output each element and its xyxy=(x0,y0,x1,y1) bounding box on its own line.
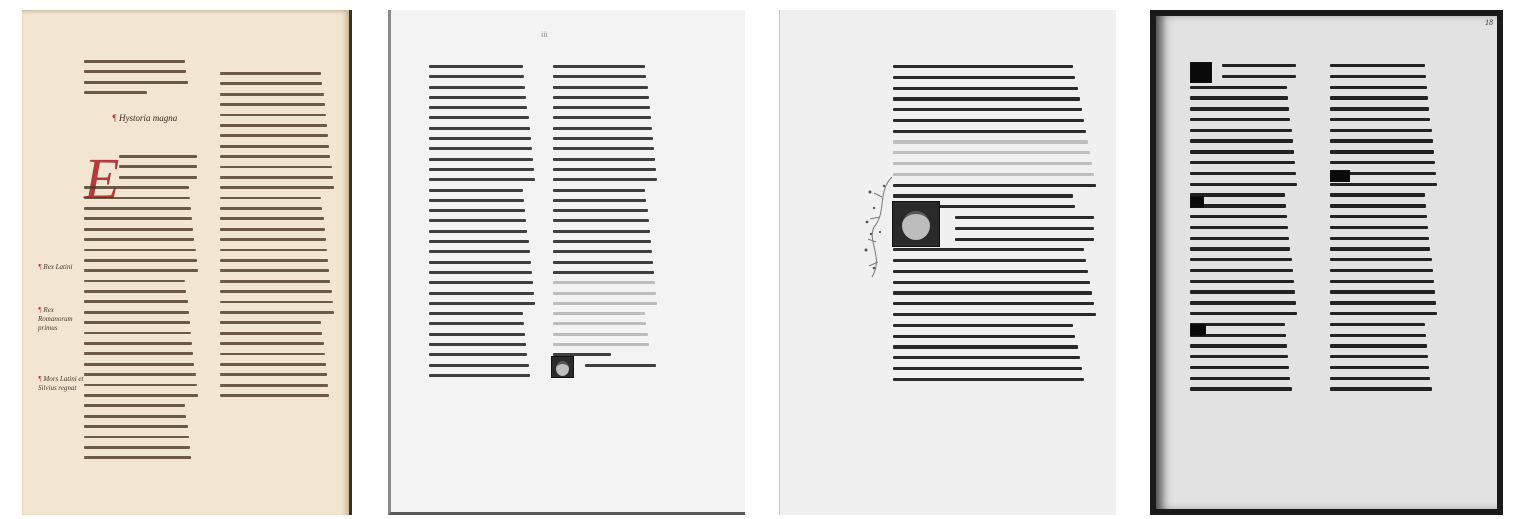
script-line xyxy=(84,436,189,439)
script-line xyxy=(1330,377,1430,380)
manuscript-image-4: 18 xyxy=(1150,10,1503,515)
script-line xyxy=(1190,226,1288,229)
script-line xyxy=(119,155,197,158)
script-line xyxy=(429,271,532,274)
margin-note-2: ¶ Rex Romanorum primus xyxy=(38,306,84,333)
script-line xyxy=(955,216,1094,219)
script-line xyxy=(893,378,1084,381)
script-line xyxy=(1330,129,1432,132)
script-line xyxy=(429,106,527,109)
script-line xyxy=(1190,204,1286,207)
script-line xyxy=(893,291,1092,294)
script-line xyxy=(553,322,646,325)
script-line xyxy=(553,230,650,233)
script-line xyxy=(220,269,329,272)
script-line xyxy=(893,270,1088,273)
script-line xyxy=(220,186,334,189)
script-line xyxy=(429,178,535,181)
script-line xyxy=(429,353,527,356)
script-line xyxy=(220,82,322,85)
script-line xyxy=(220,259,328,262)
script-line xyxy=(84,269,198,272)
script-line xyxy=(893,184,1096,187)
script-line xyxy=(84,91,147,94)
script-line xyxy=(429,292,534,295)
script-line xyxy=(585,364,656,367)
script-line xyxy=(429,333,525,336)
script-line xyxy=(893,356,1080,359)
script-line xyxy=(553,147,654,150)
floral-border-decoration xyxy=(862,172,898,282)
script-line xyxy=(84,249,196,252)
script-line xyxy=(84,404,185,407)
script-line xyxy=(1190,344,1287,347)
script-line xyxy=(84,81,188,84)
script-line xyxy=(553,158,655,161)
script-line xyxy=(220,342,324,345)
script-line xyxy=(84,352,193,355)
script-line xyxy=(429,127,530,130)
script-line xyxy=(1190,290,1295,293)
header-mark: iii xyxy=(541,30,548,39)
script-line xyxy=(893,130,1086,133)
script-line xyxy=(220,373,327,376)
script-line xyxy=(1190,258,1292,261)
script-line xyxy=(429,343,526,346)
script-line xyxy=(84,394,198,397)
script-line xyxy=(553,75,646,78)
script-line xyxy=(553,86,648,89)
script-line xyxy=(220,72,321,75)
script-line xyxy=(1222,64,1295,67)
script-line xyxy=(84,280,185,283)
manuscript-image-3 xyxy=(779,10,1116,515)
script-line xyxy=(1190,355,1288,358)
script-line xyxy=(893,367,1082,370)
script-line xyxy=(893,324,1073,327)
script-line xyxy=(429,261,531,264)
script-line xyxy=(84,311,189,314)
dark-initial-1 xyxy=(1190,62,1212,83)
script-line xyxy=(84,425,188,428)
script-line xyxy=(220,353,325,356)
script-line xyxy=(220,124,327,127)
script-line xyxy=(429,168,534,171)
script-line xyxy=(84,415,186,418)
script-line xyxy=(893,65,1073,68)
script-line xyxy=(1330,387,1432,390)
script-line xyxy=(553,178,657,181)
script-line xyxy=(1330,366,1429,369)
script-line xyxy=(1330,193,1425,196)
script-line xyxy=(429,364,529,367)
script-line xyxy=(220,384,328,387)
script-line xyxy=(1190,86,1287,89)
script-line xyxy=(220,290,332,293)
script-line xyxy=(84,70,186,73)
script-line xyxy=(893,248,1084,251)
script-line xyxy=(1190,312,1297,315)
script-line xyxy=(220,394,329,397)
script-line xyxy=(220,145,329,148)
script-line xyxy=(84,217,192,220)
text-column-right xyxy=(220,72,335,405)
script-line xyxy=(429,116,529,119)
script-line xyxy=(893,259,1086,262)
script-line xyxy=(84,300,188,303)
script-line xyxy=(220,166,332,169)
text-column-left-body xyxy=(84,155,199,467)
script-line xyxy=(220,207,322,210)
script-line xyxy=(1330,215,1427,218)
script-line xyxy=(1190,280,1294,283)
script-line xyxy=(553,137,653,140)
script-line xyxy=(84,290,186,293)
text-column-right xyxy=(1330,64,1438,398)
script-line xyxy=(84,363,194,366)
script-line xyxy=(553,302,657,305)
script-line xyxy=(429,189,523,192)
script-line xyxy=(429,219,526,222)
text-column-left xyxy=(84,60,199,102)
script-line xyxy=(220,155,330,158)
script-line xyxy=(429,374,530,377)
script-line xyxy=(84,238,194,241)
script-line xyxy=(1330,237,1429,240)
script-line xyxy=(220,280,330,283)
script-line xyxy=(553,106,650,109)
script-line xyxy=(553,240,651,243)
script-line xyxy=(84,60,185,63)
script-line xyxy=(429,230,527,233)
script-line xyxy=(119,176,197,179)
script-line xyxy=(553,189,645,192)
script-line xyxy=(220,93,324,96)
script-line xyxy=(1190,172,1296,175)
script-line xyxy=(84,373,196,376)
script-line xyxy=(1190,96,1288,99)
folio-number: 18 xyxy=(1485,18,1493,27)
script-line xyxy=(1330,301,1436,304)
script-line xyxy=(220,217,324,220)
script-line xyxy=(553,250,652,253)
script-line xyxy=(1330,75,1426,78)
script-line xyxy=(1330,334,1426,337)
script-line xyxy=(429,322,524,325)
script-line xyxy=(429,147,532,150)
script-line xyxy=(955,227,1094,230)
script-line xyxy=(1190,387,1292,390)
script-line xyxy=(84,259,197,262)
script-line xyxy=(553,116,651,119)
script-line xyxy=(553,96,649,99)
script-line xyxy=(553,281,655,284)
dark-initial-2 xyxy=(1190,196,1204,208)
script-line xyxy=(1190,183,1297,186)
script-line xyxy=(84,456,191,459)
script-line xyxy=(429,312,523,315)
script-line xyxy=(1190,301,1296,304)
script-line xyxy=(1330,290,1435,293)
dark-initial-3 xyxy=(1190,324,1206,336)
script-line xyxy=(429,209,525,212)
script-line xyxy=(429,137,531,140)
script-line xyxy=(1330,280,1434,283)
script-line xyxy=(553,271,654,274)
illuminated-initial xyxy=(892,201,940,247)
script-line xyxy=(553,333,648,336)
script-line xyxy=(429,199,524,202)
script-line xyxy=(553,199,646,202)
script-line xyxy=(1330,269,1433,272)
script-line xyxy=(1330,323,1425,326)
script-line xyxy=(84,228,193,231)
script-line xyxy=(1190,377,1290,380)
script-line xyxy=(84,446,190,449)
script-line xyxy=(220,103,325,106)
script-line xyxy=(1190,247,1290,250)
script-line xyxy=(1190,139,1293,142)
script-line xyxy=(1330,107,1429,110)
script-line xyxy=(429,281,533,284)
script-line xyxy=(84,332,191,335)
script-line xyxy=(553,209,648,212)
script-line xyxy=(893,313,1096,316)
script-line xyxy=(893,140,1088,143)
script-line xyxy=(429,240,529,243)
script-line xyxy=(553,219,649,222)
script-line xyxy=(553,168,656,171)
script-line xyxy=(1190,366,1289,369)
script-line xyxy=(955,238,1094,241)
script-line xyxy=(84,321,190,324)
script-line xyxy=(1190,150,1294,153)
script-line xyxy=(1330,96,1428,99)
script-line xyxy=(1330,86,1427,89)
script-line xyxy=(220,238,326,241)
script-line xyxy=(893,108,1082,111)
script-line xyxy=(553,127,652,130)
script-line xyxy=(220,228,325,231)
script-line xyxy=(1330,312,1437,315)
script-line xyxy=(429,75,524,78)
script-line xyxy=(553,292,656,295)
script-line xyxy=(429,302,535,305)
script-line xyxy=(84,186,189,189)
script-line xyxy=(429,65,523,68)
script-line xyxy=(1190,237,1289,240)
script-line xyxy=(1330,226,1428,229)
dark-initial-4 xyxy=(1330,170,1350,182)
script-line xyxy=(893,97,1080,100)
script-line xyxy=(893,335,1075,338)
script-line xyxy=(119,165,197,168)
script-line xyxy=(893,302,1094,305)
script-line xyxy=(220,176,333,179)
script-line xyxy=(893,151,1090,154)
script-line xyxy=(893,87,1078,90)
script-line xyxy=(1330,247,1430,250)
script-line xyxy=(553,312,645,315)
script-line xyxy=(1190,161,1295,164)
script-line xyxy=(220,249,327,252)
script-line xyxy=(1190,269,1293,272)
script-line xyxy=(1190,129,1292,132)
script-line xyxy=(893,162,1092,165)
text-column-left xyxy=(1190,64,1298,398)
script-line xyxy=(84,207,191,210)
script-line xyxy=(220,114,326,117)
script-line xyxy=(220,311,334,314)
manuscript-image-1: ¶ Hystoria magna E ¶ Rex Latini ¶ Rex Ro… xyxy=(22,10,352,515)
script-line xyxy=(220,134,328,137)
script-line xyxy=(429,158,533,161)
script-line xyxy=(893,119,1084,122)
script-line xyxy=(1330,161,1435,164)
text-column-right xyxy=(553,65,658,374)
script-line xyxy=(1330,204,1426,207)
script-line xyxy=(1190,118,1290,121)
script-line xyxy=(553,261,653,264)
script-line xyxy=(1222,75,1295,78)
script-line xyxy=(429,250,530,253)
script-line xyxy=(1330,183,1437,186)
script-line xyxy=(1190,107,1289,110)
script-line xyxy=(893,281,1090,284)
script-line xyxy=(893,76,1075,79)
script-line xyxy=(1330,64,1425,67)
script-line xyxy=(429,96,526,99)
rubric-heading: ¶ Hystoria magna xyxy=(112,113,177,123)
pilcrow-mark: ¶ xyxy=(112,113,119,123)
manuscript-image-2: iii xyxy=(388,10,745,515)
script-line xyxy=(1330,118,1430,121)
script-line xyxy=(893,194,1073,197)
decorated-initial xyxy=(551,356,574,378)
script-line xyxy=(1330,344,1427,347)
script-line xyxy=(1190,193,1285,196)
script-line xyxy=(553,65,645,68)
script-line xyxy=(84,197,190,200)
script-line xyxy=(84,384,197,387)
script-line xyxy=(84,342,192,345)
script-line xyxy=(220,363,326,366)
script-line xyxy=(1330,139,1433,142)
script-line xyxy=(1330,258,1432,261)
script-line xyxy=(893,345,1078,348)
script-line xyxy=(1330,355,1428,358)
script-line xyxy=(220,197,321,200)
script-line xyxy=(220,321,321,324)
script-line xyxy=(429,86,525,89)
margin-note-3: ¶ Mors Latini et Silvius regnat xyxy=(38,375,84,393)
script-line xyxy=(1190,215,1287,218)
script-line xyxy=(220,301,333,304)
text-column-left xyxy=(429,65,536,384)
script-line xyxy=(1330,150,1434,153)
margin-note-1: ¶ Rex Latini xyxy=(38,263,82,272)
script-line xyxy=(893,173,1094,176)
script-line xyxy=(220,332,322,335)
script-line xyxy=(553,343,649,346)
